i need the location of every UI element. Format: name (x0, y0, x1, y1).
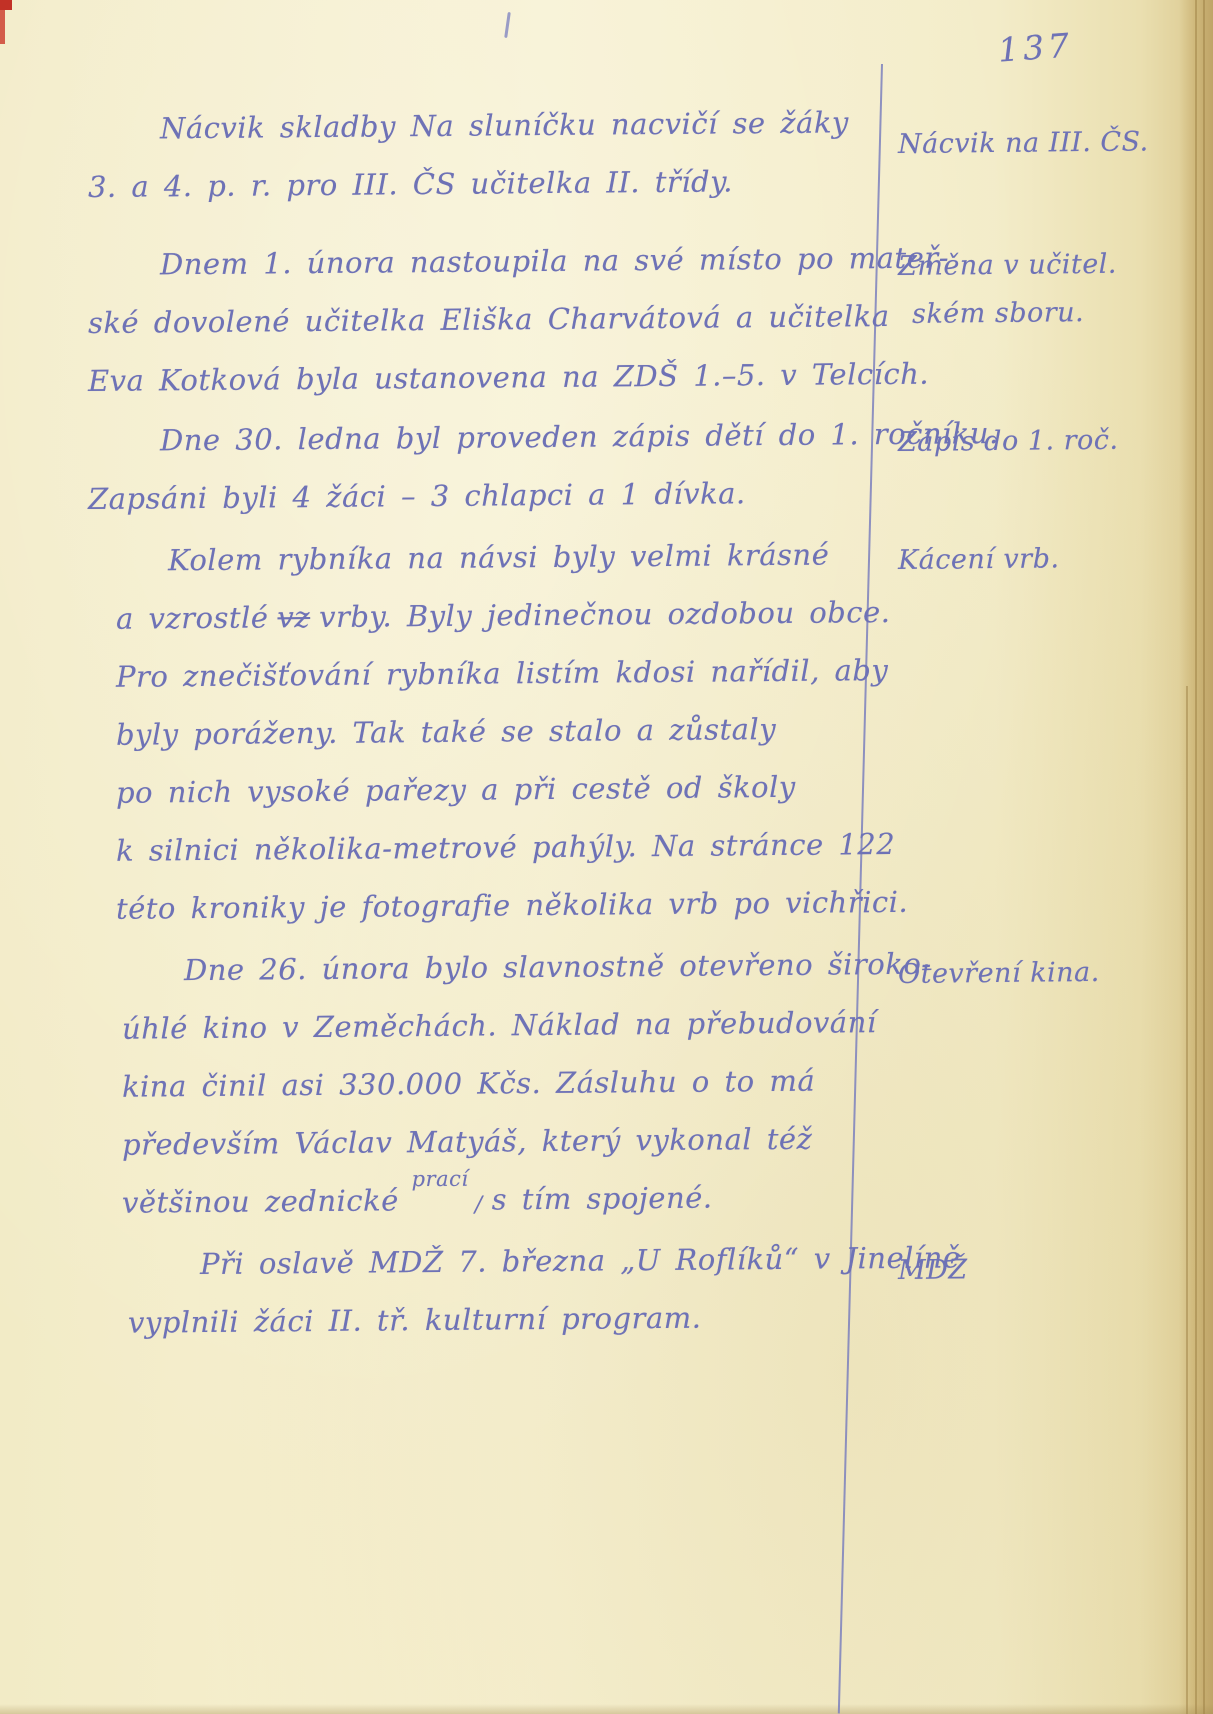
text-segment: většinou zednické (122, 1183, 399, 1219)
margin-note: Otevření kina. (898, 949, 1203, 998)
inserted-word: prací (412, 1169, 469, 1189)
page-edge-line (1195, 0, 1197, 1714)
text-line: Dnem 1. února nastoupila na své místo po… (88, 232, 960, 290)
text-segment: vrby. Byly jedinečnou ozdobou obce. (319, 595, 891, 634)
scan-edge-mark (0, 10, 5, 44)
margin-note: Kácení vrb. (898, 535, 1203, 584)
text-segment: s tím spojené. (492, 1181, 713, 1217)
scan-edge-mark (0, 0, 12, 10)
text-line: k silnici několika-metrové pahýly. Na st… (88, 819, 916, 876)
chronicle-page: 137 Nácvik skladby Na sluníčku nacvičí s… (0, 0, 1213, 1714)
text-line: Kolem rybníka na návsi byly velmi krásné (88, 528, 968, 586)
text-line: Eva Kotková byla ustanovena na ZDŠ 1.–5.… (88, 349, 888, 406)
margin-note: Změna v učitel. (898, 241, 1203, 290)
page-edge-line (1186, 686, 1188, 1714)
text-line: a vzrostlévzvrby. Byly jedinečnou ozdobo… (88, 587, 916, 644)
margin-note: ském sboru. (898, 289, 1213, 338)
margin-note: Zápis do 1. roč. (898, 417, 1203, 466)
page-bottom-shadow (0, 1704, 1213, 1714)
margin-rule (838, 64, 883, 1713)
text-line: především Václav Matyáš, který vykonal t… (88, 1113, 922, 1170)
text-line: po nich vysoké pařezy a při cestě od ško… (88, 761, 916, 818)
text-line: kina činil asi 330.000 Kčs. Zásluhu o to… (88, 1055, 922, 1112)
page-edge-line (1203, 0, 1205, 1714)
text-line: Při oslavě MDŽ 7. března „U Roflíků“ v J… (88, 1232, 1000, 1290)
text-line: ské dovolené učitelka Eliška Charvátová … (88, 291, 888, 348)
text-segment: a vzrostlé (116, 600, 269, 635)
text-line: Nácvik skladby Na sluníčku nacvičí se žá… (88, 96, 960, 154)
stray-pen-mark (504, 12, 511, 38)
text-line: 3. a 4. p. r. pro III. ČS učitelka II. t… (88, 155, 888, 212)
text-line: vyplnili žáci II. tř. kulturní program. (88, 1291, 928, 1348)
text-line: Zapsáni byli 4 žáci – 3 chlapci a 1 dívk… (88, 467, 888, 524)
struck-word: vz (277, 600, 310, 634)
margin-note: MDŽ (898, 1245, 1203, 1294)
text-line: Pro znečišťování rybníka listím kdosi na… (88, 645, 916, 702)
text-line: Dne 26. února bylo slavnostně otevřeno š… (88, 938, 984, 996)
margin-notes-column: Nácvik na III. ČS.Změna v učitel.ském sb… (0, 0, 1213, 1714)
text-line: úhlé kino v Zeměchách. Náklad na přebudo… (88, 997, 922, 1054)
text-line: většinou zednicképrací∕s tím spojené. (88, 1171, 922, 1232)
text-line: Dne 30. ledna byl proveden zápis dětí do… (88, 408, 960, 466)
text-line: této kroniky je fotografie několika vrb … (88, 877, 916, 934)
insertion-caret: ∕ (475, 1193, 483, 1218)
main-text-column: Nácvik skladby Na sluníčku nacvičí se žá… (0, 0, 1213, 1714)
text-line: byly poráženy. Tak také se stalo a zůsta… (88, 703, 916, 760)
margin-note: Nácvik na III. ČS. (898, 119, 1203, 168)
page-number: 137 (997, 25, 1075, 69)
